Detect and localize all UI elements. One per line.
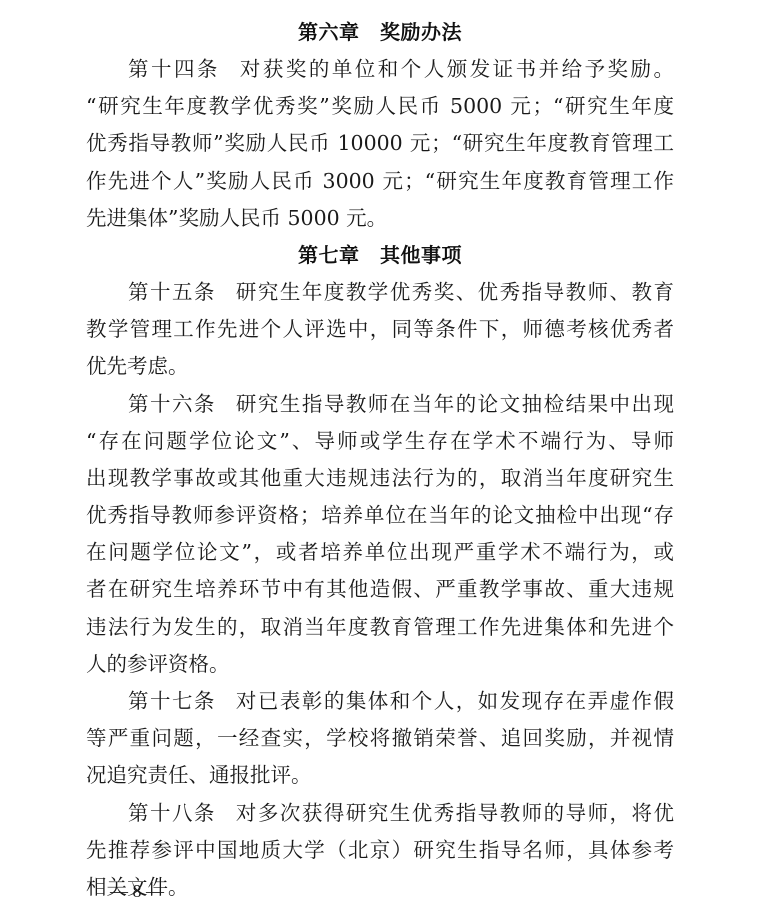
article-line: 优先考虑。 — [86, 348, 674, 385]
article-line: 等严重问题，一经查实，学校将撤销荣誉、追回奖励，并视情 — [86, 720, 674, 757]
article-number: 第十四条 — [128, 57, 220, 81]
article-line: 况追究责任、通报批评。 — [86, 757, 674, 794]
article-line: 先推荐参评中国地质大学（北京）研究生指导名师，具体参考 — [86, 832, 674, 869]
article-line: 作先进个人”奖励人民币 3000 元；“研究生年度教育管理工作 — [86, 163, 674, 200]
article-number: 第十五条 — [128, 280, 216, 304]
article-line: 第十五条研究生年度教学优秀奖、优秀指导教师、教育 — [86, 274, 674, 311]
article-line: 教学管理工作先进个人评选中，同等条件下，师德考核优秀者 — [86, 311, 674, 348]
article-number: 第十七条 — [128, 689, 216, 713]
article-line: 在问题学位论文”，或者培养单位出现严重学术不端行为，或 — [86, 534, 674, 571]
article-line: “存在问题学位论文”、导师或学生存在学术不端行为、导师 — [86, 423, 674, 460]
page-number: — 8 — — [110, 876, 164, 906]
document-page: 第六章 奖励办法 第十四条对获奖的单位和个人颁发证书并给予奖励。 “研究生年度教… — [86, 14, 674, 906]
article-15: 第十五条研究生年度教学优秀奖、优秀指导教师、教育 教学管理工作先进个人评选中，同… — [86, 274, 674, 386]
article-line: 第十六条研究生指导教师在当年的论文抽检结果中出现 — [86, 386, 674, 423]
article-17: 第十七条对已表彰的集体和个人，如发现存在弄虚作假 等严重问题，一经查实，学校将撤… — [86, 683, 674, 795]
article-line: “研究生年度教学优秀奖”奖励人民币 5000 元；“研究生年度 — [86, 88, 674, 125]
article-line: 优秀指导教师”奖励人民币 10000 元；“研究生年度教育管理工 — [86, 125, 674, 162]
article-line: 违法行为发生的，取消当年度教育管理工作先进集体和先进个 — [86, 609, 674, 646]
article-line: 人的参评资格。 — [86, 646, 674, 683]
article-line: 出现教学事故或其他重大违规违法行为的，取消当年度研究生 — [86, 460, 674, 497]
chapter-heading-7: 第七章 其他事项 — [86, 237, 674, 274]
article-number: 第十六条 — [128, 392, 216, 416]
chapter-heading-6: 第六章 奖励办法 — [86, 14, 674, 51]
article-18: 第十八条对多次获得研究生优秀指导教师的导师，将优 先推荐参评中国地质大学（北京）… — [86, 795, 674, 907]
article-number: 第十八条 — [128, 801, 216, 825]
article-line: 相关文件。 — [86, 869, 674, 906]
article-line: 先进集体”奖励人民币 5000 元。 — [86, 200, 674, 237]
article-line: 第十四条对获奖的单位和个人颁发证书并给予奖励。 — [86, 51, 674, 88]
article-line: 第十七条对已表彰的集体和个人，如发现存在弄虚作假 — [86, 683, 674, 720]
article-14: 第十四条对获奖的单位和个人颁发证书并给予奖励。 “研究生年度教学优秀奖”奖励人民… — [86, 51, 674, 237]
article-line: 者在研究生培养环节中有其他造假、严重教学事故、重大违规 — [86, 571, 674, 608]
article-16: 第十六条研究生指导教师在当年的论文抽检结果中出现 “存在问题学位论文”、导师或学… — [86, 386, 674, 684]
article-line: 第十八条对多次获得研究生优秀指导教师的导师，将优 — [86, 795, 674, 832]
article-line: 优秀指导教师参评资格；培养单位在当年的论文抽检中出现“存 — [86, 497, 674, 534]
